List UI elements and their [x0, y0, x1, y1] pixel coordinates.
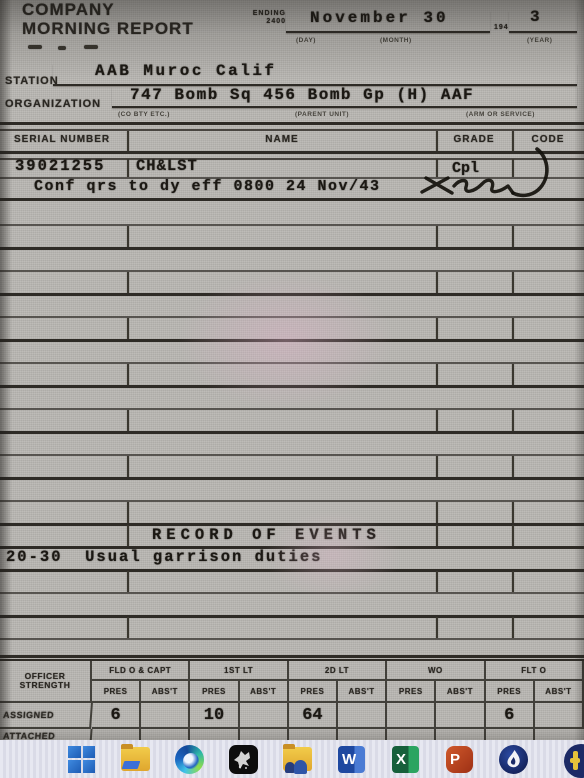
subheader-pres: PRES — [486, 681, 535, 703]
folder-glyph — [121, 747, 150, 771]
smudge-dash — [58, 46, 66, 50]
serial-number-value: 39021255 — [15, 157, 105, 175]
assigned-wo-abst — [436, 703, 485, 729]
row-label-assigned: ASSIGNED — [0, 703, 93, 729]
station-underline — [53, 64, 577, 86]
assigned-1stlt-abst — [240, 703, 289, 729]
navy-flame-app-icon[interactable] — [498, 744, 529, 775]
black-square-glyph — [229, 745, 258, 774]
record-of-events-title: RECORD OF EVENTS — [152, 526, 381, 544]
grade-header: GRADE — [453, 134, 494, 145]
ruled-line — [0, 638, 584, 658]
subheader-pres: PRES — [190, 681, 239, 703]
file-explorer-icon[interactable] — [120, 744, 151, 775]
subheader-pres: PRES — [289, 681, 338, 703]
year-prefix: 194 — [494, 24, 509, 31]
person-glyph — [294, 760, 307, 774]
name-header: NAME — [265, 134, 298, 145]
powerpoint-icon[interactable]: P — [444, 744, 475, 775]
group-header-wo: WO — [387, 661, 485, 681]
handwritten-signature — [330, 146, 558, 212]
assigned-fldo-pres: 6 — [92, 703, 141, 729]
station-label: STATION — [5, 75, 59, 87]
assigned-2dlt-abst — [338, 703, 387, 729]
assigned-wo-pres — [387, 703, 436, 729]
dark-photo-app-icon[interactable] — [228, 744, 259, 775]
screen-photo: COMPANY MORNING REPORT ENDING 2400 Novem… — [0, 0, 584, 778]
subheader-abst: ABS'T — [338, 681, 387, 703]
windows-logo — [68, 746, 95, 773]
year-label: (YEAR) — [527, 37, 552, 44]
subheader-abst: ABS'T — [535, 681, 584, 703]
assigned-fldo-abst — [141, 703, 190, 729]
org-sub-label-2: (PARENT UNIT) — [295, 111, 349, 118]
shared-people-folder-icon[interactable] — [282, 744, 313, 775]
name-value: CH&LST — [136, 157, 198, 175]
org-sub-label-3: (ARM OR SERVICE) — [466, 111, 535, 118]
group-header-flt-o: FLT O — [486, 661, 584, 681]
month-label: (MONTH) — [380, 37, 412, 44]
record-of-events-entry: 20-30 Usual garrison duties — [6, 548, 322, 566]
code-header: CODE — [532, 134, 565, 145]
ruled-line — [0, 247, 584, 272]
ruled-line — [0, 569, 584, 594]
officer-strength-corner-cell: OFFICER STRENGTH — [0, 661, 92, 703]
org-sub-label-1: (CO BTY ETC.) — [118, 111, 170, 118]
officer-strength-table: OFFICER STRENGTH FLD O & CAPT 1ST LT 2D … — [0, 656, 584, 745]
ruled-line — [0, 477, 584, 502]
date-underline — [286, 11, 490, 33]
smudge-dash — [28, 45, 42, 49]
company-morning-report-document: COMPANY MORNING REPORT ENDING 2400 Novem… — [0, 0, 584, 740]
organization-label: ORGANIZATION — [5, 98, 101, 110]
assigned-flto-pres: 6 — [486, 703, 535, 729]
remark-note: Conf qrs to dy eff 0800 24 Nov/43 — [34, 178, 381, 195]
subheader-abst: ABS'T — [240, 681, 289, 703]
excel-x-glyph: X — [392, 746, 419, 773]
subheader-abst: ABS'T — [141, 681, 190, 703]
edge-swirl-glyph — [175, 745, 204, 774]
form-title-line1: COMPANY — [22, 0, 115, 20]
assigned-flto-abst — [535, 703, 584, 729]
edge-browser-icon[interactable] — [174, 744, 205, 775]
subheader-pres: PRES — [387, 681, 436, 703]
ruled-line — [0, 293, 584, 318]
assigned-2dlt-pres: 64 — [289, 703, 338, 729]
ruled-line — [0, 431, 584, 456]
serial-number-header: SERIAL NUMBER — [14, 134, 110, 145]
windows-start-icon[interactable] — [66, 744, 97, 775]
excel-icon[interactable]: X — [390, 744, 421, 775]
form-title-line2: MORNING REPORT — [22, 19, 194, 39]
group-header-1st-lt: 1ST LT — [190, 661, 288, 681]
word-icon[interactable]: W — [336, 744, 367, 775]
ruled-line — [0, 615, 584, 640]
smudge-dash — [84, 45, 98, 49]
subheader-pres: PRES — [92, 681, 141, 703]
ruled-line — [0, 339, 584, 364]
taskbar: W X P — [0, 740, 584, 778]
day-label: (DAY) — [296, 37, 316, 44]
flame-circle-glyph — [499, 745, 528, 774]
word-w-glyph: W — [338, 746, 365, 773]
year-underline — [509, 11, 577, 33]
ending-label: ENDING 2400 — [250, 10, 286, 26]
ruled-line — [0, 385, 584, 410]
organization-underline — [112, 87, 577, 108]
powerpoint-p-glyph: P — [446, 746, 473, 773]
subheader-abst: ABS'T — [436, 681, 485, 703]
group-header-fld-o-capt: FLD O & CAPT — [92, 661, 190, 681]
assigned-1stlt-pres: 10 — [190, 703, 239, 729]
group-header-2d-lt: 2D LT — [289, 661, 387, 681]
